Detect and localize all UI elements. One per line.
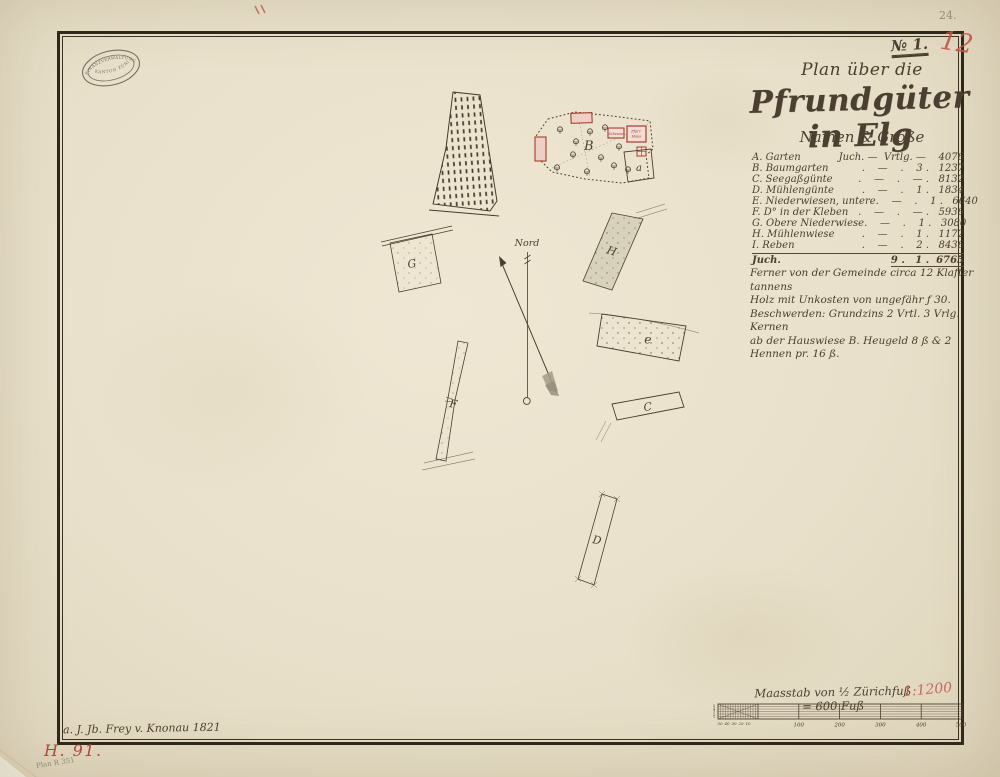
scale-minor-labels: 50 40 30 20 10 — [717, 721, 751, 726]
svg-text:50: 50 — [717, 721, 723, 726]
north-indicator: Nord — [499, 238, 559, 404]
svg-text:10: 10 — [745, 721, 751, 726]
parcel-label-B: B — [583, 139, 594, 154]
map-drawing-layer: B Scheune Pfarr- Haus — [0, 0, 1000, 777]
building-barn: Scheune — [608, 128, 624, 138]
parcel-vineyard-I — [429, 92, 499, 216]
scale-major-labels: 100 200 300 400 500 — [794, 723, 967, 729]
parcel-label-E: e — [644, 332, 653, 347]
parcel-H: H — [583, 204, 667, 290]
parcel-label-C: C — [643, 400, 654, 414]
svg-text:500: 500 — [956, 723, 967, 729]
building-parsonage: Pfarr- Haus — [627, 126, 646, 142]
svg-text:20: 20 — [737, 721, 744, 726]
scale-bar: 50 40 30 20 10 100 200 300 400 500 5 4 3… — [712, 699, 967, 743]
svg-text:100: 100 — [794, 723, 805, 729]
parcel-label-F: F — [448, 397, 459, 411]
torn-corner — [0, 750, 36, 777]
svg-text:30: 30 — [731, 721, 737, 726]
surveyor-signature: a. J. Jb. Frey v. Knonau 1821 — [63, 721, 221, 737]
barn-label: Scheune — [609, 132, 624, 136]
parcel-E: e — [589, 313, 699, 361]
building-outbuilding — [571, 113, 592, 124]
parcel-C: C — [596, 392, 684, 442]
red-check-mark — [255, 5, 265, 14]
scale-row-labels: 5 4 3 2 1 — [713, 704, 715, 719]
parsonage-label-line1: Pfarr- — [630, 130, 642, 134]
parcel-G: G — [381, 226, 453, 292]
parcel-baumgarten-B: B Scheune Pfarr- Haus — [535, 112, 654, 183]
svg-text:1: 1 — [713, 715, 715, 719]
parcel-label-D: D — [590, 533, 602, 548]
svg-text:40: 40 — [723, 721, 730, 726]
parcel-F: F — [422, 341, 475, 470]
magnetic-needle-arrow — [499, 256, 559, 396]
svg-text:300: 300 — [875, 723, 886, 729]
svg-text:400: 400 — [915, 723, 927, 729]
building-small-annex — [637, 147, 646, 156]
building-side-wing — [535, 137, 546, 161]
scanned-plan-page: FINANZVERWALTUNG KANTON ZÜRICH 24. 12 № … — [0, 0, 1000, 777]
north-label: Nord — [514, 238, 540, 249]
parsonage-label-line2: Haus — [631, 135, 642, 139]
svg-text:200: 200 — [833, 723, 845, 729]
parcel-label-a: a — [636, 163, 642, 174]
parcel-garten-a: a — [624, 149, 654, 182]
parcel-D: D — [575, 491, 620, 588]
